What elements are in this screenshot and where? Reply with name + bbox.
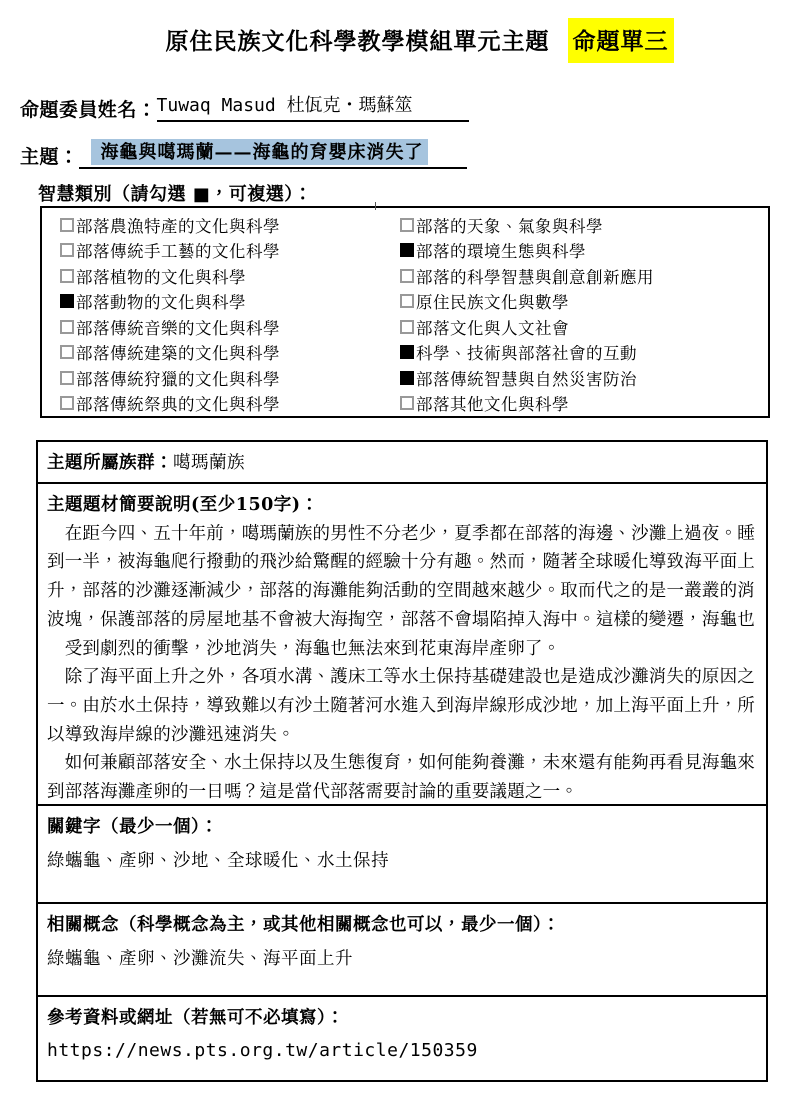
wisdom-category-option: 部落的天象、氣象與科學 bbox=[400, 212, 765, 238]
ethnic-group-value[interactable]: 噶瑪蘭族 bbox=[173, 453, 245, 473]
wisdom-category-label: 智慧類別（請勾選 ■，可複選）： bbox=[38, 180, 312, 206]
page-title-row: 原住民族文化科學教學模組單元主題命題單三 bbox=[0, 18, 795, 63]
column-divider-tick bbox=[375, 202, 376, 210]
checkbox-checked-icon[interactable] bbox=[60, 294, 74, 308]
topic-label: 主題： bbox=[20, 146, 79, 168]
concepts-label: 相關概念（科學概念為主，或其他相關概念也可以，最少一個）： bbox=[47, 911, 757, 936]
checkbox-unchecked-icon[interactable] bbox=[400, 320, 414, 334]
checkbox-unchecked-icon[interactable] bbox=[60, 371, 74, 385]
wisdom-category-option: 部落傳統手工藝的文化科學 bbox=[60, 238, 390, 264]
ethnic-group-label: 主題所屬族群： bbox=[47, 453, 173, 473]
checkbox-checked-icon[interactable] bbox=[400, 243, 414, 257]
committee-name-field[interactable]: Tuwaq Masud 杜佤克・瑪蘇筮 bbox=[157, 91, 469, 122]
ethnic-group-row: 主題所屬族群：噶瑪蘭族 bbox=[38, 442, 766, 482]
wisdom-category-option: 部落動物的文化與科學 bbox=[60, 289, 390, 315]
checkbox-checked-icon[interactable] bbox=[400, 371, 414, 385]
checkbox-unchecked-icon[interactable] bbox=[400, 396, 414, 410]
wisdom-category-option-label: 部落農漁特產的文化與科學 bbox=[76, 213, 280, 237]
wisdom-category-box: 部落農漁特產的文化與科學部落傳統手工藝的文化科學部落植物的文化與科學部落動物的文… bbox=[40, 206, 770, 418]
page-title: 原住民族文化科學教學模組單元主題 bbox=[166, 28, 550, 55]
checkbox-unchecked-icon[interactable] bbox=[400, 218, 414, 232]
checkbox-unchecked-icon[interactable] bbox=[60, 396, 74, 410]
wisdom-category-option-label: 原住民族文化與數學 bbox=[416, 289, 569, 313]
checkbox-unchecked-icon[interactable] bbox=[60, 243, 74, 257]
topic-highlighted-text: 海龜與噶瑪蘭——海龜的育嬰床消失了 bbox=[91, 139, 428, 165]
checkbox-unchecked-icon[interactable] bbox=[400, 294, 414, 308]
wisdom-category-option: 部落傳統建築的文化與科學 bbox=[60, 340, 390, 366]
wisdom-category-option: 科學、技術與部落社會的互動 bbox=[400, 340, 765, 366]
topic-field[interactable]: 海龜與噶瑪蘭——海龜的育嬰床消失了 bbox=[79, 138, 467, 169]
wisdom-category-column-left: 部落農漁特產的文化與科學部落傳統手工藝的文化科學部落植物的文化與科學部落動物的文… bbox=[60, 212, 390, 416]
wisdom-category-option: 部落傳統狩獵的文化與科學 bbox=[60, 365, 390, 391]
wisdom-category-option: 部落植物的文化與科學 bbox=[60, 263, 390, 289]
wisdom-category-option-label: 部落傳統建築的文化與科學 bbox=[76, 340, 280, 364]
checkbox-checked-icon[interactable] bbox=[400, 345, 414, 359]
checkbox-unchecked-icon[interactable] bbox=[400, 269, 414, 283]
reference-label: 參考資料或網址（若無可不必填寫）： bbox=[47, 1004, 757, 1029]
keywords-row: 關鍵字（最少一個）： 綠蠵龜、產卵、沙地、全球暖化、水土保持 bbox=[38, 804, 766, 902]
wisdom-category-option: 部落傳統祭典的文化與科學 bbox=[60, 391, 390, 417]
wisdom-category-option: 原住民族文化與數學 bbox=[400, 289, 765, 315]
wisdom-category-option-label: 部落傳統手工藝的文化科學 bbox=[76, 238, 280, 262]
wisdom-category-option-label: 部落動物的文化與科學 bbox=[76, 289, 246, 313]
committee-name-cjk: 杜佤克・瑪蘇筮 bbox=[287, 95, 413, 116]
description-text[interactable]: 在距今四、五十年前，噶瑪蘭族的男性不分老少，夏季都在部落的海邊、沙灘上過夜。睡 … bbox=[47, 520, 757, 804]
wisdom-category-option: 部落文化與人文社會 bbox=[400, 314, 765, 340]
concepts-value[interactable]: 綠蠵龜、產卵、沙灘流失、海平面上升 bbox=[47, 945, 757, 970]
wisdom-category-option: 部落農漁特產的文化與科學 bbox=[60, 212, 390, 238]
wisdom-category-option-label: 部落傳統音樂的文化與科學 bbox=[76, 315, 280, 339]
document-page: 原住民族文化科學教學模組單元主題命題單三 命題委員姓名：Tuwaq Masud … bbox=[0, 0, 795, 1106]
wisdom-category-option: 部落傳統智慧與自然災害防治 bbox=[400, 365, 765, 391]
keywords-value[interactable]: 綠蠵龜、產卵、沙地、全球暖化、水土保持 bbox=[47, 847, 757, 872]
wisdom-category-option: 部落其他文化與科學 bbox=[400, 391, 765, 417]
wisdom-category-option-label: 部落其他文化與科學 bbox=[416, 391, 569, 415]
wisdom-category-option-label: 部落傳統智慧與自然災害防治 bbox=[416, 366, 637, 390]
checkbox-unchecked-icon[interactable] bbox=[60, 269, 74, 283]
committee-name-row: 命題委員姓名：Tuwaq Masud 杜佤克・瑪蘇筮 bbox=[20, 91, 469, 122]
wisdom-category-column-right: 部落的天象、氣象與科學部落的環境生態與科學部落的科學智慧與創意創新應用原住民族文… bbox=[400, 212, 765, 416]
wisdom-category-option-label: 部落植物的文化與科學 bbox=[76, 264, 246, 288]
checkbox-unchecked-icon[interactable] bbox=[60, 218, 74, 232]
wisdom-category-option: 部落的科學智慧與創意創新應用 bbox=[400, 263, 765, 289]
reference-url[interactable]: https://news.pts.org.tw/article/150359 bbox=[47, 1040, 757, 1061]
description-label: 主題題材簡要說明(至少150字)： bbox=[47, 491, 757, 520]
wisdom-category-option-label: 部落的科學智慧與創意創新應用 bbox=[416, 264, 654, 288]
wisdom-category-option: 部落的環境生態與科學 bbox=[400, 238, 765, 264]
concepts-row: 相關概念（科學概念為主，或其他相關概念也可以，最少一個）： 綠蠵龜、產卵、沙灘流… bbox=[38, 902, 766, 995]
wisdom-category-option-label: 部落傳統祭典的文化與科學 bbox=[76, 391, 280, 415]
wisdom-category-option-label: 部落傳統狩獵的文化與科學 bbox=[76, 366, 280, 390]
topic-row: 主題：海龜與噶瑪蘭——海龜的育嬰床消失了 bbox=[20, 138, 467, 169]
detail-table: 主題所屬族群：噶瑪蘭族 主題題材簡要說明(至少150字)： 在距今四、五十年前，… bbox=[36, 440, 768, 1082]
wisdom-category-option-label: 部落的天象、氣象與科學 bbox=[416, 213, 603, 237]
checkbox-unchecked-icon[interactable] bbox=[60, 320, 74, 334]
title-highlight-badge: 命題單三 bbox=[568, 18, 674, 63]
wisdom-category-option-label: 部落的環境生態與科學 bbox=[416, 238, 586, 262]
checkbox-unchecked-icon[interactable] bbox=[60, 345, 74, 359]
keywords-label: 關鍵字（最少一個）： bbox=[47, 813, 757, 838]
description-row: 主題題材簡要說明(至少150字)： 在距今四、五十年前，噶瑪蘭族的男性不分老少，… bbox=[38, 482, 766, 804]
committee-name-latin: Tuwaq Masud bbox=[157, 95, 287, 116]
reference-row: 參考資料或網址（若無可不必填寫）： https://news.pts.org.t… bbox=[38, 995, 766, 1080]
wisdom-category-option: 部落傳統音樂的文化與科學 bbox=[60, 314, 390, 340]
wisdom-category-option-label: 科學、技術與部落社會的互動 bbox=[416, 340, 637, 364]
wisdom-category-option-label: 部落文化與人文社會 bbox=[416, 315, 569, 339]
committee-name-label: 命題委員姓名： bbox=[20, 99, 157, 121]
